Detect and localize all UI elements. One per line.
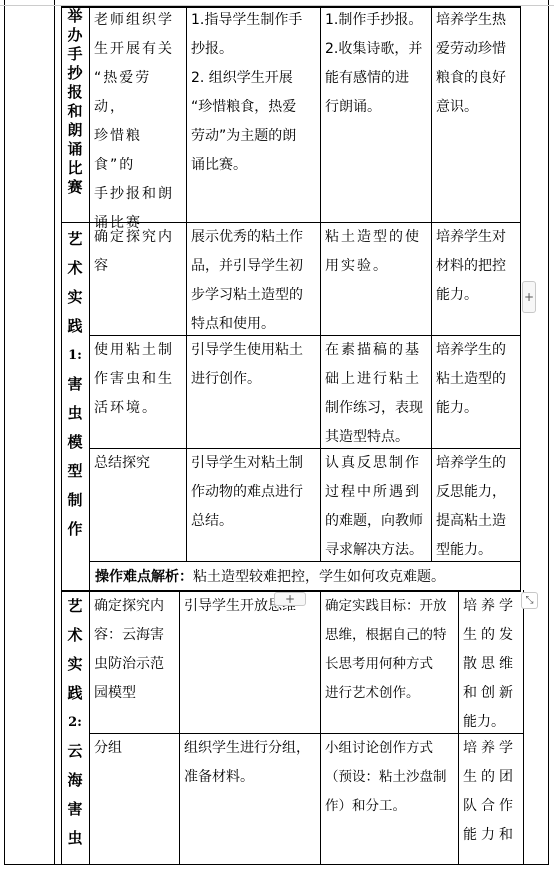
practice2-row2-student: 小组讨论创作方式 （预设：粘土沙盘制 作）和分工。 bbox=[321, 734, 458, 821]
practice2-row2-goal: 培养学 生的团 队合作 能力和 bbox=[459, 734, 523, 850]
practice1-row1-goal: 培养学生对 材料的把控 能力。 bbox=[432, 223, 520, 310]
activity-label-practice-2: 艺 术 实 践 2: 云 海 害 虫 bbox=[63, 592, 87, 853]
practice2-row1-goal: 培养学 生的发 散思维 和创新 能力。 bbox=[459, 592, 523, 737]
practice1-row2-student: 在素描稿的基 础上进行粘土 制作练习，表现 其造型特点。 bbox=[321, 336, 431, 452]
outer-right-border bbox=[548, 0, 549, 865]
resize-icon: ⤡ bbox=[526, 595, 534, 606]
difficulty-analysis-label: 操作难点解析 bbox=[95, 569, 179, 585]
top-row-teacher-cell: 1.指导学生制作手 抄报。 2. 组织学生开展 “珍惜粮食，热爱 劳动”为主题的… bbox=[187, 6, 320, 180]
table2-col-line-2 bbox=[179, 590, 180, 865]
insert-row-button[interactable]: + bbox=[522, 281, 536, 313]
practice1-row2-goal: 培养学生的 粘土造型的 能力。 bbox=[432, 336, 520, 423]
difficulty-analysis-text: 粘土造型较难把控，学生如何攻克难题。 bbox=[193, 569, 445, 585]
practice1-row2-teacher: 引导学生使用粘土 进行创作。 bbox=[187, 336, 320, 394]
practice1-row3-goal: 培养学生的 反思能力， 提高粘土造 型能力。 bbox=[432, 449, 520, 565]
outer-col-divider bbox=[54, 0, 55, 865]
table1-col-line-5 bbox=[520, 6, 521, 590]
insert-column-button[interactable]: + bbox=[274, 592, 306, 606]
plus-icon: + bbox=[285, 592, 295, 606]
outer-bottom-border bbox=[4, 864, 549, 865]
difficulty-analysis-note: 操作难点解析：粘土造型较难把控，学生如何攻克难题。 bbox=[95, 567, 445, 587]
top-row-content-cell: 老师组织学 生开展有关 “热爱劳动， 珍惜粮食”的 手抄报和朗 诵比赛 bbox=[90, 6, 186, 238]
practice2-row1-content: 确定探究内 容：云海害 虫防治示范 园模型 bbox=[90, 592, 179, 708]
plus-icon: + bbox=[524, 290, 534, 304]
practice1-row3-content: 总结探究 bbox=[90, 449, 186, 478]
activity-label-handwritten-newspaper: 举 办 手 抄 报 和 朗 诵 比 赛 bbox=[63, 7, 87, 197]
table-resize-handle[interactable]: ⤡ bbox=[521, 592, 538, 609]
practice2-row2-content: 分组 bbox=[90, 734, 179, 763]
inner-left-border bbox=[61, 6, 62, 865]
practice2-row1-student: 确定实践目标：开放 思维，根据自己的特 长思考用何种方式 进行艺术创作。 bbox=[321, 592, 458, 708]
practice2-row2-teacher: 组织学生进行分组， 准备材料。 bbox=[180, 734, 320, 792]
top-row-goal-cell: 培养学生热 爱劳动珍惜 粮食的良好 意识。 bbox=[432, 6, 520, 122]
activity-label-practice-1: 艺 术 实 践 1: 害 虫 模 型 制 作 bbox=[63, 225, 87, 544]
practice1-row3-student: 认真反思制作 过程中所遇到 的难题，向教师 寻求解决方法。 bbox=[321, 449, 431, 565]
practice1-row3-teacher: 引导学生对粘土制 作动物的难点进行 总结。 bbox=[187, 449, 320, 536]
top-row-student-cell: 1.制作手抄报。 2.收集诗歌，并 能有感情的进 行朗诵。 bbox=[321, 6, 431, 122]
practice1-row2-content: 使用粘土制 作害虫和生 活环境。 bbox=[90, 336, 186, 423]
practice1-row1-student: 粘土造型的使 用实验。 bbox=[321, 223, 431, 281]
outer-left-border bbox=[4, 0, 5, 865]
table2-col-line-5 bbox=[523, 590, 524, 865]
practice1-row1-teacher: 展示优秀的粘土作 品，并引导学生初 步学习粘土造型的 特点和使用。 bbox=[187, 223, 320, 339]
practice1-row1-content: 确定探究内 容 bbox=[90, 223, 186, 281]
